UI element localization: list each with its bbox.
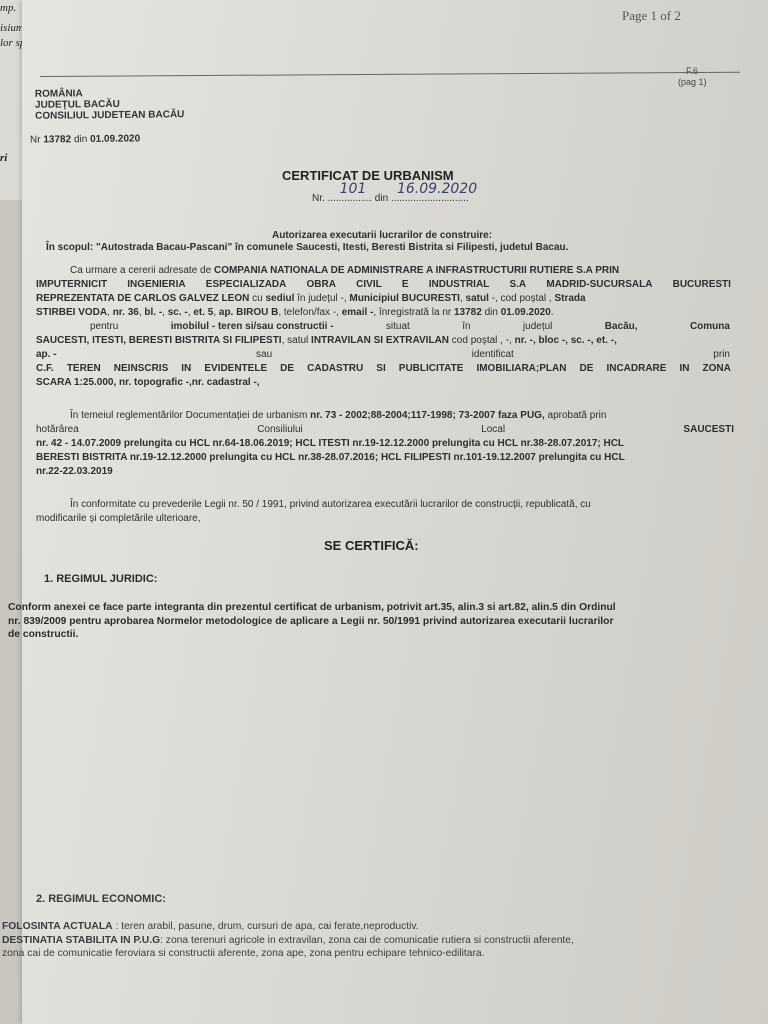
request-line-5: pentruimobilul - teren si/sau constructi… xyxy=(90,320,730,333)
certificate-number-line: Nr. ................ 101 din ...........… xyxy=(312,192,469,205)
current-use-label: FOLOSINTA ACTUALA xyxy=(2,921,113,932)
conformity-line-1: În conformitate cu prevederile Legii nr.… xyxy=(70,498,591,511)
form-page: (pag 1) xyxy=(678,77,707,87)
certificate-page: Page 1 of 2 F.6 (pag 1) ROMÂNIA JUDEȚUL … xyxy=(22,0,768,1024)
purpose-line: În scopul: "Autostrada Bacau-Pascani" în… xyxy=(46,241,568,254)
section-2-heading: 2. REGIMUL ECONOMIC: xyxy=(36,893,166,905)
certificate-number: 101 xyxy=(340,183,367,196)
registration-date: 01.09.2020 xyxy=(90,133,140,145)
issuer-block: ROMÂNIA JUDEȚUL BACĂU CONSILIUL JUDETEAN… xyxy=(35,87,185,122)
destination-value-cont: zona cai de comunicatie feroviara si con… xyxy=(2,947,574,961)
section-2-body: FOLOSINTA ACTUALA : teren arabil, pasune… xyxy=(2,920,574,961)
legal-line-2: hotărâreaConsiliuluiLocalSAUCESTI xyxy=(36,423,734,436)
legal-line-1: În temeiul reglementărilor Documentației… xyxy=(70,409,734,422)
current-use-value: : teren arabil, pasune, drum, cursuri de… xyxy=(113,921,419,932)
underlying-text: ri xyxy=(0,152,7,164)
page-indicator: Page 1 of 2 xyxy=(622,8,681,24)
certificate-date: 16.09.2020 xyxy=(397,183,477,196)
header-rule xyxy=(40,72,740,77)
conformity-line-2: modificarile și completările ulterioare, xyxy=(36,512,201,525)
request-line-3: REPREZENTATA DE CARLOS GALVEZ LEON cu se… xyxy=(36,292,736,305)
registration-number: 13782 xyxy=(43,134,71,145)
request-line-6: SAUCESTI, ITESTI, BERESTI BISTRITA SI FI… xyxy=(36,334,736,347)
legal-line-4: BERESTI BISTRITA nr.19-12.12.2000 prelun… xyxy=(36,451,625,464)
request-line-4: STIRBEI VODA, nr. 36, bl. -, sc. -, et. … xyxy=(36,306,736,319)
request-line-8: C.F.TERENNEINSCRISINEVIDENTELEDECADASTRU… xyxy=(36,362,731,375)
legal-line-5: nr.22-22.03.2019 xyxy=(36,465,113,478)
registration-line: Nr 13782 din 01.09.2020 xyxy=(30,132,140,146)
section-1-heading: 1. REGIMUL JURIDIC: xyxy=(44,573,157,585)
underlying-text: mp. xyxy=(0,2,16,14)
form-code: F.6 xyxy=(686,66,698,76)
request-line-7: ap. -sauidentificatprin xyxy=(36,348,730,361)
underlying-text: isium xyxy=(0,22,24,34)
certifies-heading: SE CERTIFICĂ: xyxy=(324,538,419,553)
request-line-1: Ca urmare a cererii adresate de COMPANIA… xyxy=(70,264,730,277)
request-line-2: IMPUTERNICITINGENIERIAESPECIALIZADAOBRAC… xyxy=(36,278,731,291)
legal-line-3: nr. 42 - 14.07.2009 prelungita cu HCL nr… xyxy=(36,437,624,450)
destination-value: : zona terenuri agricole in extravilan, … xyxy=(160,935,574,946)
destination-label: DESTINATIA STABILITA IN P.U.G xyxy=(2,935,160,946)
issuer-council: CONSILIUL JUDETEAN BACĂU xyxy=(35,109,184,122)
request-line-9: SCARA 1:25.000, nr. topografic -,nr. cad… xyxy=(36,376,260,389)
section-1-body: Conform anexei ce face parte integranta … xyxy=(8,601,616,642)
